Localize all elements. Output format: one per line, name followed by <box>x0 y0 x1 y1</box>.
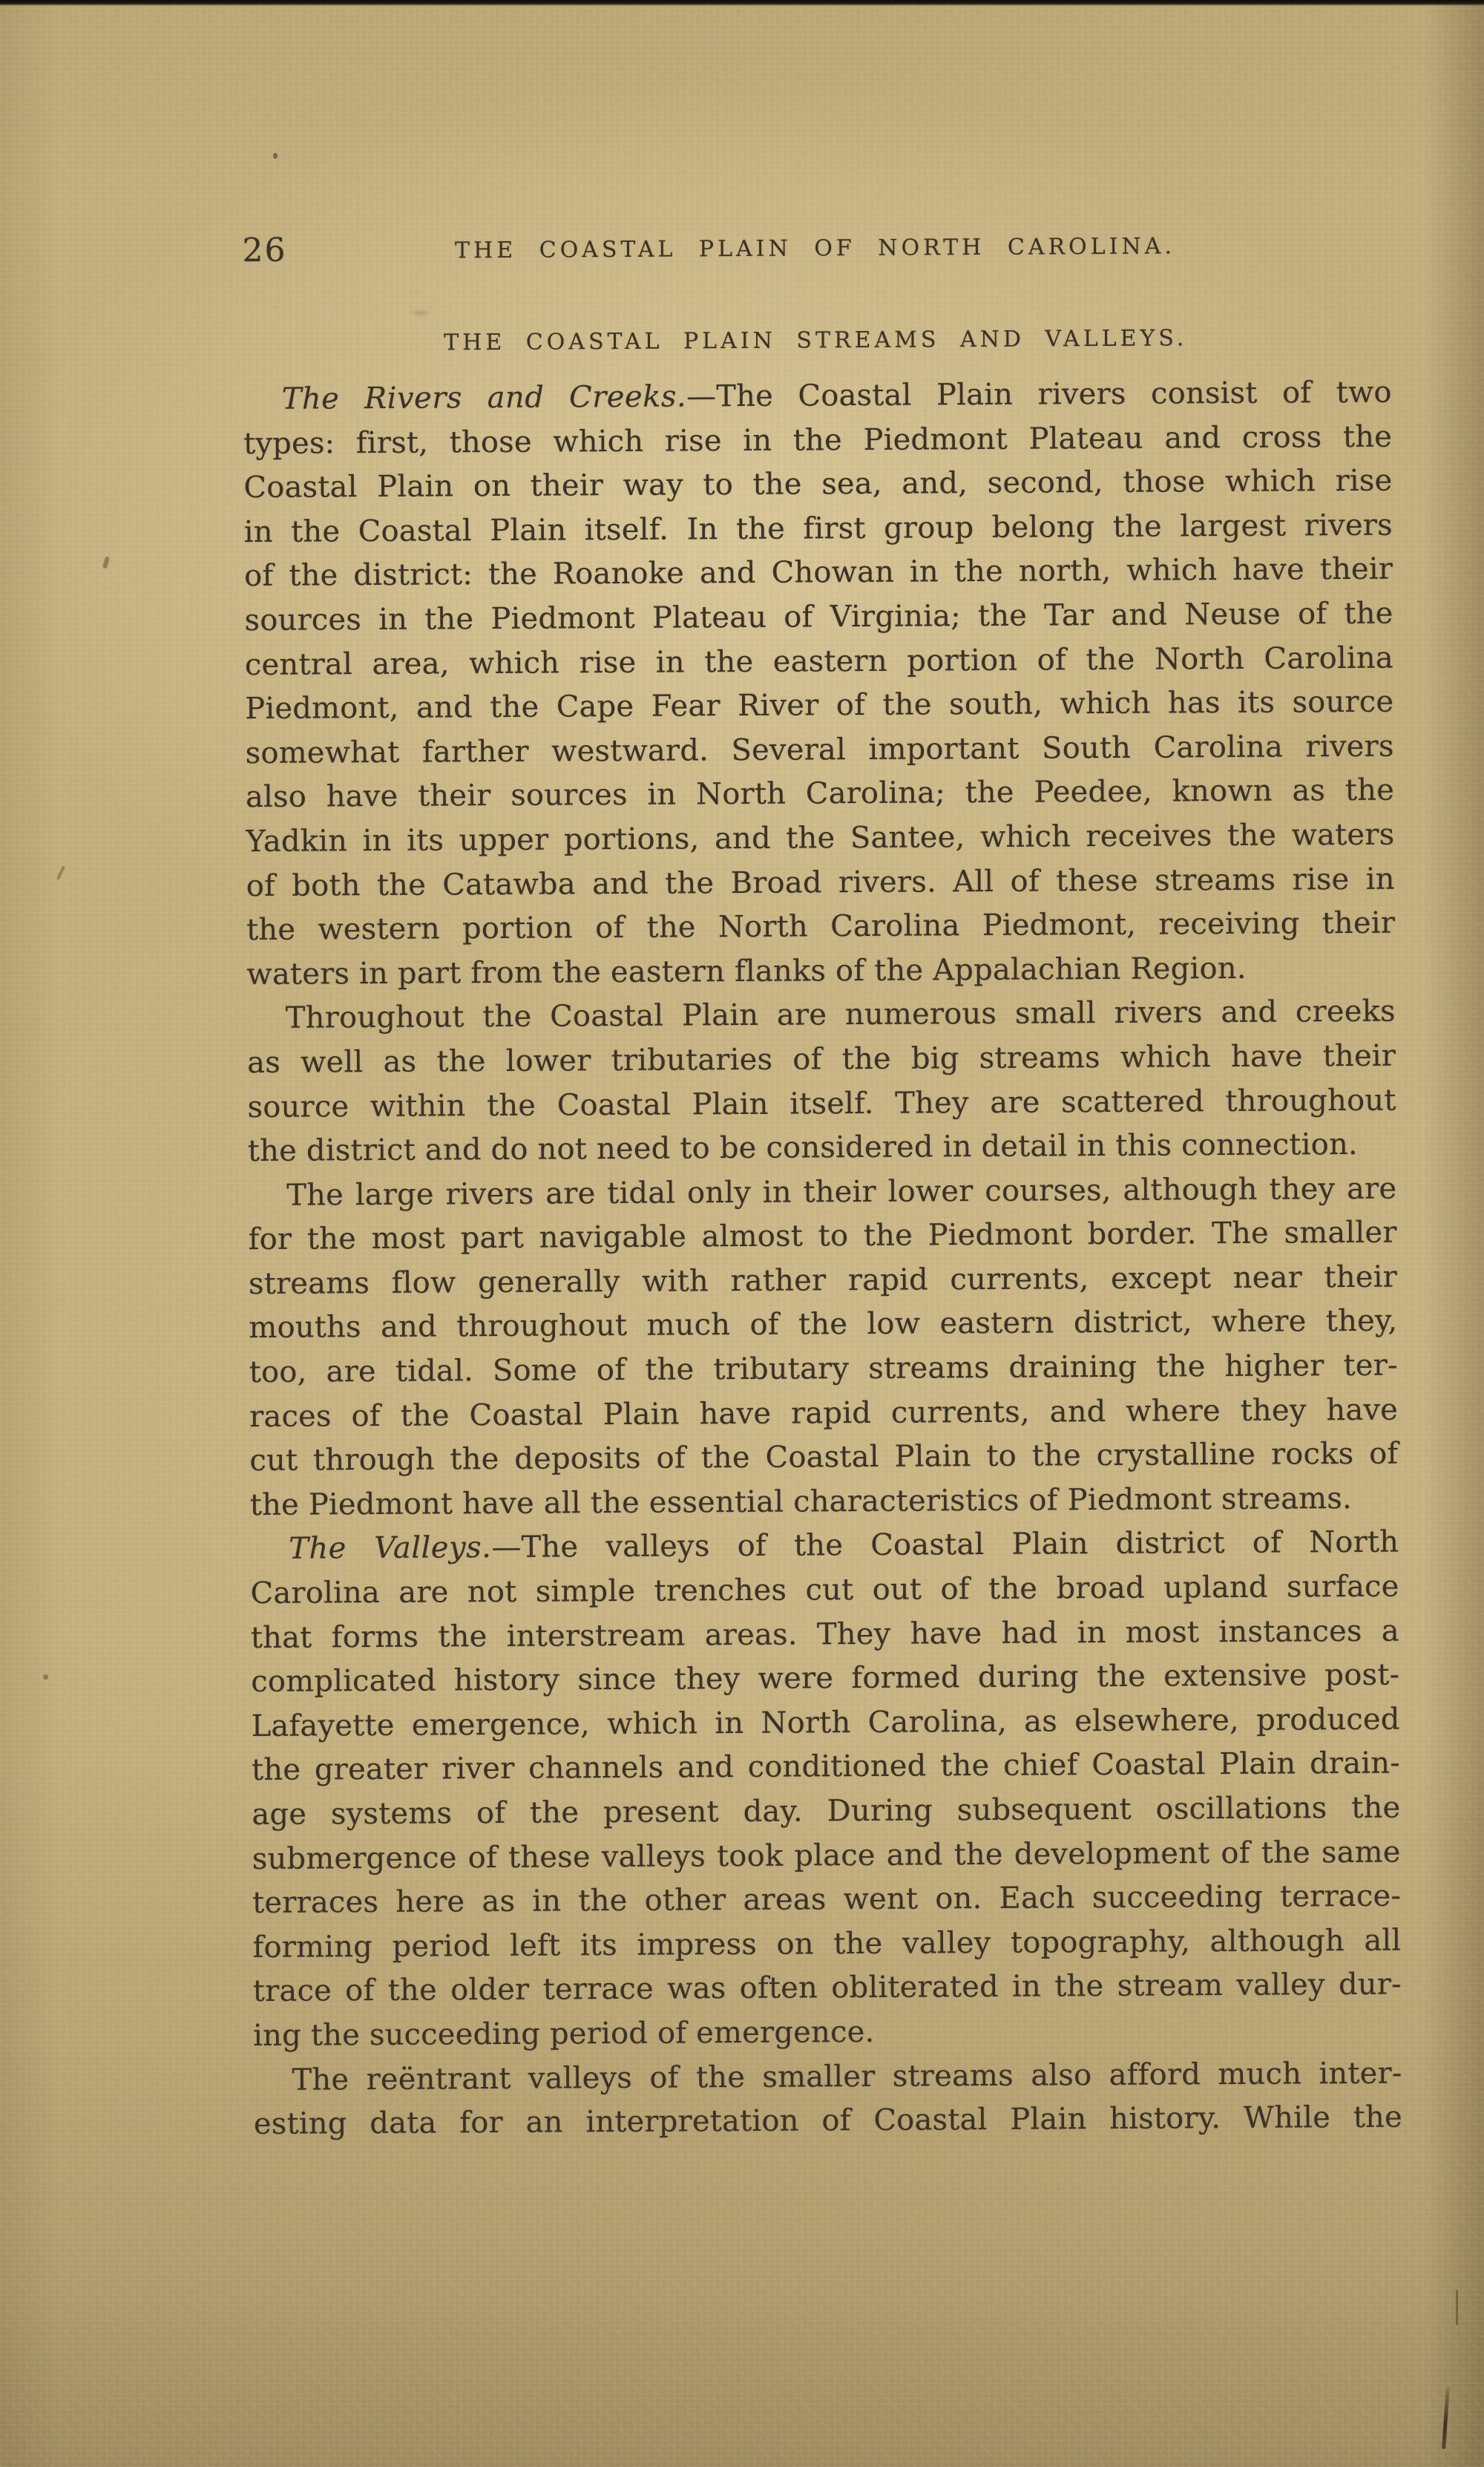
text-line: types: first, those which rise in the Pi… <box>243 415 1392 466</box>
text-line: sources in the Piedmont Plateau of Virgi… <box>244 592 1393 643</box>
text-line: for the most part navigable almost to th… <box>248 1211 1396 1262</box>
text-line: streams flow generally with rather rapid… <box>249 1255 1397 1306</box>
text-line: the western portion of the North Carolin… <box>246 902 1395 953</box>
paragraph-lead-italic: The Valleys. <box>289 1531 491 1567</box>
section-heading: THE COASTAL PLAIN STREAMS AND VALLEYS. <box>240 324 1391 357</box>
text-line: somewhat farther westward. Several impor… <box>245 724 1393 776</box>
text-line: Yadkin in its upper portions, and the Sa… <box>246 813 1394 865</box>
text-line: Piedmont, and the Cape Fear River of the… <box>245 681 1393 732</box>
text-line: submergence of these valleys took place … <box>252 1830 1401 1881</box>
text-line: The large rivers are tidal only in their… <box>248 1167 1396 1218</box>
text-line: Throughout the Coastal Plain are numerou… <box>247 990 1396 1041</box>
text-line: races of the Coastal Plain have rapid cu… <box>249 1388 1398 1439</box>
text-line: in the Coastal Plain itself. In the firs… <box>244 503 1393 554</box>
text-line: esting data for an interpretation of Coa… <box>254 2096 1402 2147</box>
text-line: The Valleys.—The valleys of the Coastal … <box>250 1521 1399 1572</box>
page-content: 26 THE COASTAL PLAIN OF NORTH CAROLINA. … <box>0 0 1484 2467</box>
text-line: cut through the deposits of the Coastal … <box>249 1432 1398 1484</box>
running-head: THE COASTAL PLAIN OF NORTH CAROLINA. <box>240 232 1390 265</box>
text-line: that forms the interstream areas. They h… <box>251 1609 1399 1660</box>
text-line: Coastal Plain on their way to the sea, a… <box>243 459 1392 511</box>
text-line: also have their sources in North Carolin… <box>246 769 1394 820</box>
text-line: waters in part from the eastern flanks o… <box>246 946 1395 997</box>
text-line: the Piedmont have all the essential char… <box>250 1476 1399 1527</box>
text-line: source within the Coastal Plain itself. … <box>247 1078 1396 1130</box>
text-line: the district and do not need to be consi… <box>248 1123 1396 1174</box>
text-line: of the district: the Roanoke and Chowan … <box>244 548 1393 599</box>
text-line: age systems of the present day. During s… <box>252 1786 1400 1838</box>
text-line: The Rivers and Creeks.—The Coastal Plain… <box>243 371 1392 422</box>
scanned-book-page: 26 THE COASTAL PLAIN OF NORTH CAROLINA. … <box>0 0 1484 2467</box>
text-line: complicated history since they were form… <box>251 1654 1399 1705</box>
text-line: forming period left its impress on the v… <box>252 1919 1401 1970</box>
text-line: of both the Catawba and the Broad rivers… <box>246 857 1395 908</box>
body-text: The Rivers and Creeks.—The Coastal Plain… <box>243 371 1403 2147</box>
text-line: Carolina are not simple trenches cut out… <box>250 1565 1399 1616</box>
text-line: The reëntrant valleys of the smaller str… <box>253 2051 1402 2103</box>
text-line: trace of the older terrace was often obl… <box>253 1963 1402 2014</box>
text-line: as well as the lower tributaries of the … <box>247 1035 1396 1086</box>
text-line: the greater river channels and condition… <box>252 1742 1400 1793</box>
text-line: central area, which rise in the eastern … <box>245 636 1393 687</box>
text-line: terraces here as in the other areas went… <box>252 1875 1401 1926</box>
text-line: ing the succeeding period of emergence. <box>253 2008 1402 2059</box>
text-line: too, are tidal. Some of the tributary st… <box>249 1344 1398 1395</box>
text-line: mouths and throughout much of the low ea… <box>249 1300 1397 1351</box>
text-line: Lafayette emergence, which in North Caro… <box>251 1697 1399 1749</box>
paragraph-lead-italic: The Rivers and Creeks. <box>282 379 687 416</box>
